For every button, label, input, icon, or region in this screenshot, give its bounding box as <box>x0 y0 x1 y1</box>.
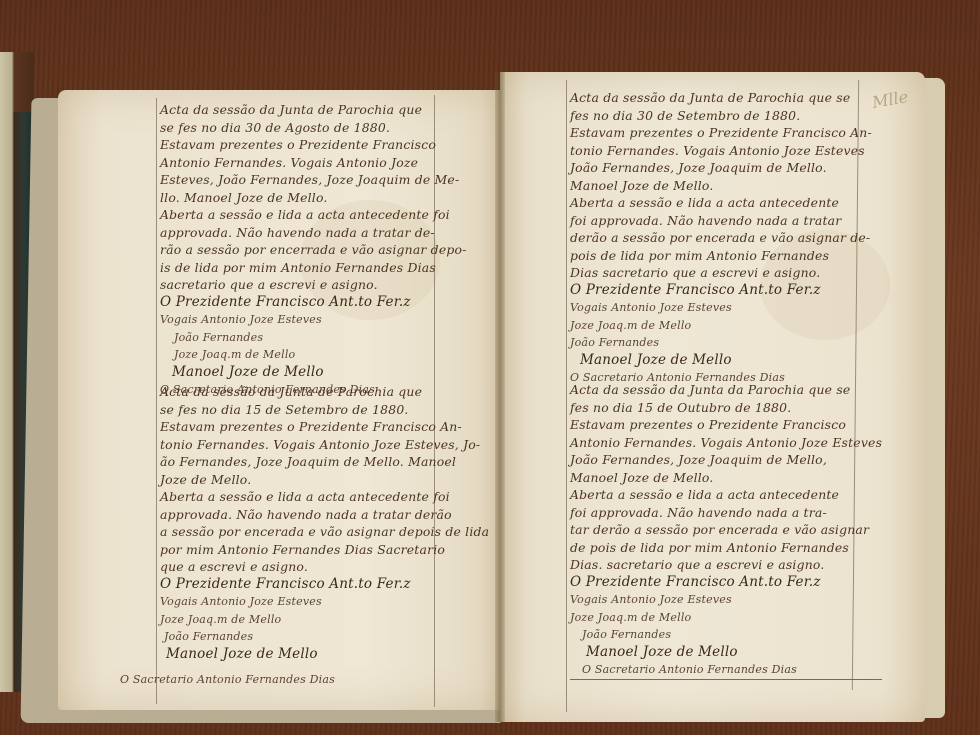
signature-member: Joze Joaq.m de Mello <box>160 611 489 629</box>
signature-member: Joze Joaq.m de Mello <box>570 317 872 335</box>
signature-president: O Prezidente Francisco Ant.to Fer.z <box>570 574 882 592</box>
entry-body-line: Estavam prezentes o Prezidente Francisco <box>570 416 882 434</box>
signature-member: Manoel Joze de Mello <box>570 352 872 370</box>
entry-body-line: Aberta a sessão e lida a acta antecedent… <box>570 486 882 504</box>
entry-heading: Acta da sessão da Junta de Parochia que <box>160 101 467 119</box>
signature-vogais: Vogais Antonio Joze Esteves <box>570 299 872 317</box>
right-page-inner-margin-rule <box>566 80 567 712</box>
signature-vogais: Vogais Antonio Joze Esteves <box>160 593 489 611</box>
minute-entry-30-agosto-1880: Acta da sessão da Junta de Parochia que … <box>160 101 467 399</box>
entry-heading: se fes no dia 15 de Setembro de 1880. <box>160 401 489 419</box>
entry-body-line: ão Fernandes, Joze Joaquim de Mello. Man… <box>160 453 489 471</box>
entry-body-line: Estavam prezentes o Prezidente Francisco <box>160 136 467 154</box>
entry-body-line: Joze de Mello. <box>160 471 489 489</box>
book-cover-edge <box>0 52 34 112</box>
book-gutter <box>495 72 505 722</box>
entry-body-line: llo. Manoel Joze de Mello. <box>160 189 467 207</box>
signature-member: João Fernandes <box>160 329 467 347</box>
entry-body-line: que a escrevi e asigno. <box>160 558 489 576</box>
entry-body-line: Manoel Joze de Mello. <box>570 469 882 487</box>
entry-body-line: foi approvada. Não havendo nada a tra- <box>570 504 882 522</box>
signature-secretary: O Sacretario Antonio Fernandes Dias <box>120 671 489 689</box>
signature-vogais: Vogais Antonio Joze Esteves <box>160 311 467 329</box>
entry-body-line: sacretario que a escrevi e asigno. <box>160 276 467 294</box>
entry-heading: fes no dia 30 de Setembro de 1880. <box>570 107 872 125</box>
entry-body-line: Aberta a sessão e lida a acta antecedent… <box>160 488 489 506</box>
entry-body-line: tar derão a sessão por encerada e vão as… <box>570 521 882 539</box>
entry-body-line: João Fernandes, Joze Joaquim de Mello. <box>570 159 872 177</box>
entry-body-line: Antonio Fernandes. Vogais Antonio Joze <box>160 154 467 172</box>
minute-entry-15-setembro-1880: Acta da sessão da Junta de Parochia que … <box>160 383 489 689</box>
entry-heading: fes no dia 15 de Outubro de 1880. <box>570 399 882 417</box>
entry-heading: Acta da sessão da Junta da Parochia que … <box>570 381 882 399</box>
minute-entry-30-setembro-1880: Acta da sessão da Junta de Parochia que … <box>570 89 872 387</box>
left-page-inner-margin-rule <box>156 98 157 704</box>
entry-body-line: approvada. Não havendo nada a tratar der… <box>160 506 489 524</box>
entry-body-line: Aberta a sessão e lida a acta antecedent… <box>570 194 872 212</box>
entry-heading: Acta da sessão da Junta de Parochia que … <box>570 89 872 107</box>
entry-body-line: Antonio Fernandes. Vogais Antonio Joze E… <box>570 434 882 452</box>
signature-president: O Prezidente Francisco Ant.to Fer.z <box>160 294 467 312</box>
signature-president: O Prezidente Francisco Ant.to Fer.z <box>570 282 872 300</box>
entry-body-line: pois de lida por mim Antonio Fernandes <box>570 247 872 265</box>
signature-member: João Fernandes <box>570 334 872 352</box>
signature-member: Manoel Joze de Mello <box>570 644 882 662</box>
entry-body-line: por mim Antonio Fernandes Dias Sacretari… <box>160 541 489 559</box>
entry-body-line: approvada. Não havendo nada a tratar de- <box>160 224 467 242</box>
entry-body-line: is de lida por mim Antonio Fernandes Dia… <box>160 259 467 277</box>
entry-body-line: tonio Fernandes. Vogais Antonio Joze Est… <box>160 436 489 454</box>
entry-body-line: Dias. sacretario que a escrevi e asigno. <box>570 556 882 574</box>
entry-body-line: Aberta a sessão e lida a acta antecedent… <box>160 206 467 224</box>
entry-body-line: Esteves, João Fernandes, Joze Joaquim de… <box>160 171 467 189</box>
entry-body-line: João Fernandes, Joze Joaquim de Mello, <box>570 451 882 469</box>
signature-member: Manoel Joze de Mello <box>160 646 489 664</box>
signature-member: João Fernandes <box>160 628 489 646</box>
signature-member: Joze Joaq.m de Mello <box>570 609 882 627</box>
entry-body-line: Estavam prezentes o Prezidente Francisco… <box>160 418 489 436</box>
entry-body-line: Manoel Joze de Mello. <box>570 177 872 195</box>
signature-president: O Prezidente Francisco Ant.to Fer.z <box>160 576 489 594</box>
entry-body-line: rão a sessão por encerrada e vão asignar… <box>160 241 467 259</box>
entry-body-line: a sessão por encerada e vão asignar depo… <box>160 523 489 541</box>
signature-secretary: O Sacretario Antonio Fernandes Dias <box>570 661 882 680</box>
entry-body-line: derão a sessão por encerada e vão asigna… <box>570 229 872 247</box>
signature-member: João Fernandes <box>570 626 882 644</box>
signature-member: Manoel Joze de Mello <box>160 364 467 382</box>
signature-vogais: Vogais Antonio Joze Esteves <box>570 591 882 609</box>
entry-heading: Acta da sessão da Junta de Parochia que <box>160 383 489 401</box>
entry-body-line: de pois de lida por mim Antonio Fernande… <box>570 539 882 557</box>
entry-body-line: Estavam prezentes o Prezidente Francisco… <box>570 124 872 142</box>
minute-entry-15-outubro-1880: Acta da sessão da Junta da Parochia que … <box>570 381 882 680</box>
entry-heading: se fes no dia 30 de Agosto de 1880. <box>160 119 467 137</box>
entry-body-line: Dias sacretario que a escrevi e asigno. <box>570 264 872 282</box>
entry-body-line: tonio Fernandes. Vogais Antonio Joze Est… <box>570 142 872 160</box>
entry-body-line: foi approvada. Não havendo nada a tratar <box>570 212 872 230</box>
signature-member: Joze Joaq.m de Mello <box>160 346 467 364</box>
